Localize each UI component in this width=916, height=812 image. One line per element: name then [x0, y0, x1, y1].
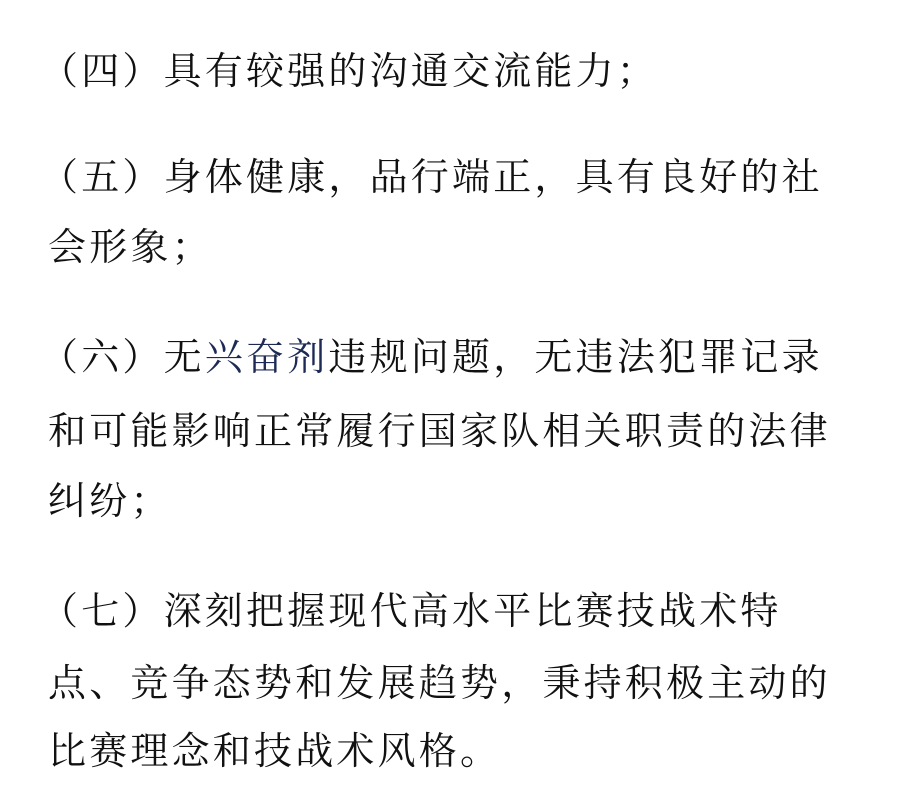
item-text: 纠纷； [48, 479, 172, 523]
item-text: 比赛理念和技战术风格。 [48, 729, 501, 773]
item-text: 深刻把握现代高水平比赛技战术特 [164, 589, 782, 633]
item-text: 点、竞争态势和发展趋势，秉持积极主动的 [48, 661, 831, 705]
item-text: 和可能影响正常履行国家队相关职责的法律 [48, 409, 831, 453]
highlighted-term-link[interactable]: 兴奋剂 [205, 335, 329, 379]
item-marker: （六） [40, 335, 164, 379]
item-6-line-3: 纠纷； [48, 478, 172, 524]
item-6-line-1: （六）无兴奋剂违规问题，无违法犯罪记录 [40, 334, 823, 380]
item-text: 违规问题，无违法犯罪记录 [328, 335, 822, 379]
item-text: 无 [164, 335, 205, 379]
item-5-line-1: （五）身体健康，品行端正，具有良好的社 [40, 154, 823, 200]
item-4-line-1: （四）具有较强的沟通交流能力； [40, 48, 658, 94]
item-6-line-2: 和可能影响正常履行国家队相关职责的法律 [48, 408, 831, 454]
item-text: 身体健康，品行端正，具有良好的社 [164, 155, 823, 199]
item-marker: （七） [40, 589, 164, 633]
item-text: 会形象； [48, 225, 213, 269]
item-marker: （四） [40, 49, 164, 93]
item-7-line-1: （七）深刻把握现代高水平比赛技战术特 [40, 588, 782, 634]
item-7-line-2: 点、竞争态势和发展趋势，秉持积极主动的 [48, 660, 831, 706]
item-text: 具有较强的沟通交流能力； [164, 49, 658, 93]
item-marker: （五） [40, 155, 164, 199]
document-page: （四）具有较强的沟通交流能力； （五）身体健康，品行端正，具有良好的社 会形象；… [0, 0, 916, 812]
item-7-line-3: 比赛理念和技战术风格。 [48, 728, 501, 774]
item-5-line-2: 会形象； [48, 224, 213, 270]
